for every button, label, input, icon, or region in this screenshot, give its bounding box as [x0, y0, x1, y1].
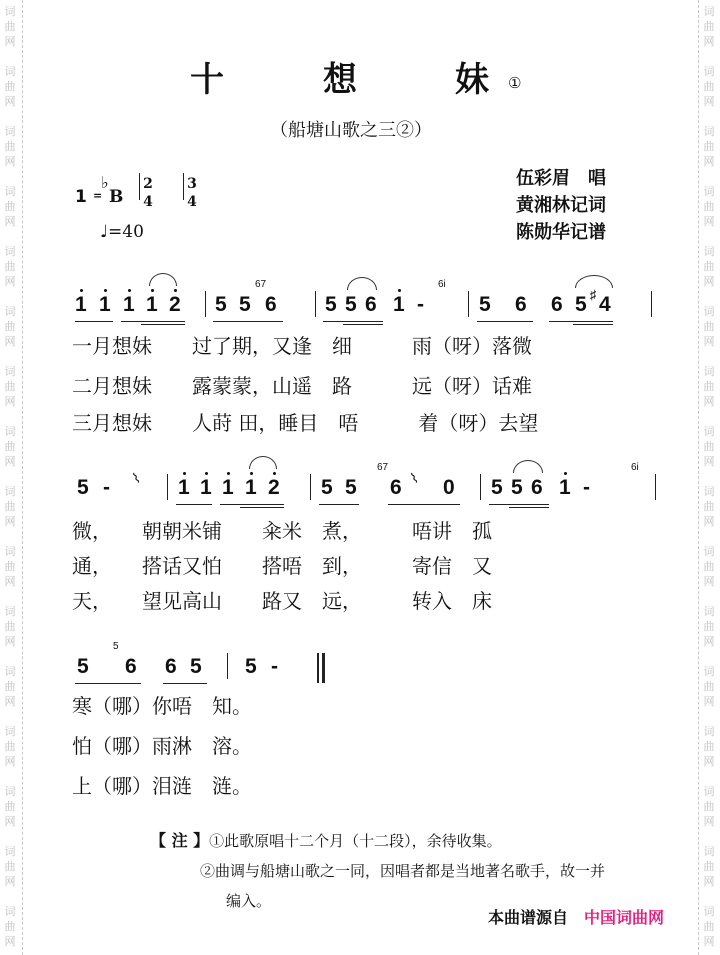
watermark-text: 词曲网 [701, 424, 717, 469]
watermark-text: 词曲网 [2, 184, 18, 229]
watermark-text: 词曲网 [701, 304, 717, 349]
watermark-text: 词曲网 [701, 844, 717, 889]
lyric-line: 一月想妹 过了期，又逢 细 雨（呀）落微 [72, 330, 532, 359]
title-footnote-mark: ① [508, 74, 521, 92]
watermark-text: 词曲网 [2, 484, 18, 529]
watermark-text: 词曲网 [701, 724, 717, 769]
key-note: B [109, 187, 123, 207]
lyric-line: 通， 搭话又怕 搭唔 到， 寄信 又 [72, 550, 492, 579]
key-degree: 1 [75, 187, 87, 207]
watermark-text: 词曲网 [701, 604, 717, 649]
watermark-text: 词曲网 [2, 664, 18, 709]
song-title: 十 想 妹 ① [190, 52, 530, 102]
watermark-text: 词曲网 [701, 64, 717, 109]
title-char: 妹 [455, 52, 489, 101]
credit-lyricist: 黄湘林记词 [516, 192, 606, 219]
watermark-text: 词曲网 [701, 904, 717, 949]
lyric-line: 寒（哪）你唔 知。 [72, 690, 252, 719]
title-char: 十 [190, 52, 224, 101]
watermark-text: 词曲网 [2, 64, 18, 109]
watermark-text: 词曲网 [2, 124, 18, 169]
lyric-line: 二月想妹 露蒙蒙，山遥 路 远（呀）话难 [72, 370, 532, 399]
watermark-text: 词曲网 [2, 544, 18, 589]
watermark-text: 词曲网 [2, 304, 18, 349]
flat-icon: ♭ [101, 173, 109, 192]
note-2: ②曲调与船塘山歌之一同，因唱者都是当地著名歌手，故一并 [200, 862, 605, 880]
watermark-text: 词曲网 [2, 4, 18, 49]
watermark-text: 词曲网 [701, 544, 717, 589]
tempo-marking: ♩=40 [100, 222, 144, 242]
watermark-text: 词曲网 [701, 4, 717, 49]
watermark-text: 词曲网 [701, 664, 717, 709]
note-1: ①此歌原唱十二个月（十二段），余待收集。 [209, 832, 502, 850]
watermark-text: 词曲网 [701, 364, 717, 409]
lyric-line: 微， 朝朝米铺 籴米 煮， 唔讲 孤 [72, 515, 492, 544]
watermark-text: 词曲网 [701, 184, 717, 229]
lyric-line: 三月想妹 人莳 田，睡目 唔 着（呀）去望 [72, 407, 538, 436]
title-char: 想 [323, 52, 357, 101]
lyric-line: 怕（哪）雨淋 溶。 [72, 730, 252, 759]
watermark-strip-left: 词曲网词曲网词曲网词曲网词曲网词曲网词曲网词曲网词曲网词曲网词曲网词曲网词曲网词… [0, 0, 23, 955]
watermark-text: 词曲网 [2, 244, 18, 289]
watermark-strip-right: 词曲网词曲网词曲网词曲网词曲网词曲网词曲网词曲网词曲网词曲网词曲网词曲网词曲网词… [698, 0, 720, 955]
source-credit: 本曲谱源自中国词曲网 [488, 905, 664, 928]
watermark-text: 词曲网 [701, 124, 717, 169]
watermark-text: 词曲网 [701, 244, 717, 289]
notes-label: 【 注 】 [150, 831, 209, 850]
credit-singer: 伍彩眉 唱 [516, 165, 606, 192]
credit-transcriber: 陈勋华记谱 [516, 219, 606, 246]
lyric-line: 上（哪）泪涟 涟。 [72, 770, 252, 799]
watermark-text: 词曲网 [2, 364, 18, 409]
watermark-text: 词曲网 [2, 784, 18, 829]
note-2-cont: 编入。 [226, 892, 271, 910]
watermark-text: 词曲网 [2, 724, 18, 769]
quarter-note-icon: ♩ [100, 222, 108, 242]
time-signature-2-4: 24 [141, 175, 155, 211]
source-site-link[interactable]: 中国词曲网 [584, 908, 664, 927]
watermark-text: 词曲网 [2, 844, 18, 889]
source-prefix: 本曲谱源自 [488, 908, 568, 927]
watermark-text: 词曲网 [2, 604, 18, 649]
tempo-value: =40 [108, 222, 144, 242]
watermark-text: 词曲网 [701, 484, 717, 529]
watermark-text: 词曲网 [701, 784, 717, 829]
credits: 伍彩眉 唱 黄湘林记词 陈勋华记谱 [516, 165, 606, 246]
watermark-text: 词曲网 [2, 904, 18, 949]
lyric-line: 天， 望见高山 路又 远， 转入 床 [72, 585, 492, 614]
subtitle: （船塘山歌之三②） [270, 116, 432, 142]
watermark-text: 词曲网 [2, 424, 18, 469]
footnotes: 【 注 】①此歌原唱十二个月（十二段），余待收集。 ②曲调与船塘山歌之一同，因唱… [150, 826, 605, 916]
time-signature-3-4: 34 [185, 175, 199, 211]
